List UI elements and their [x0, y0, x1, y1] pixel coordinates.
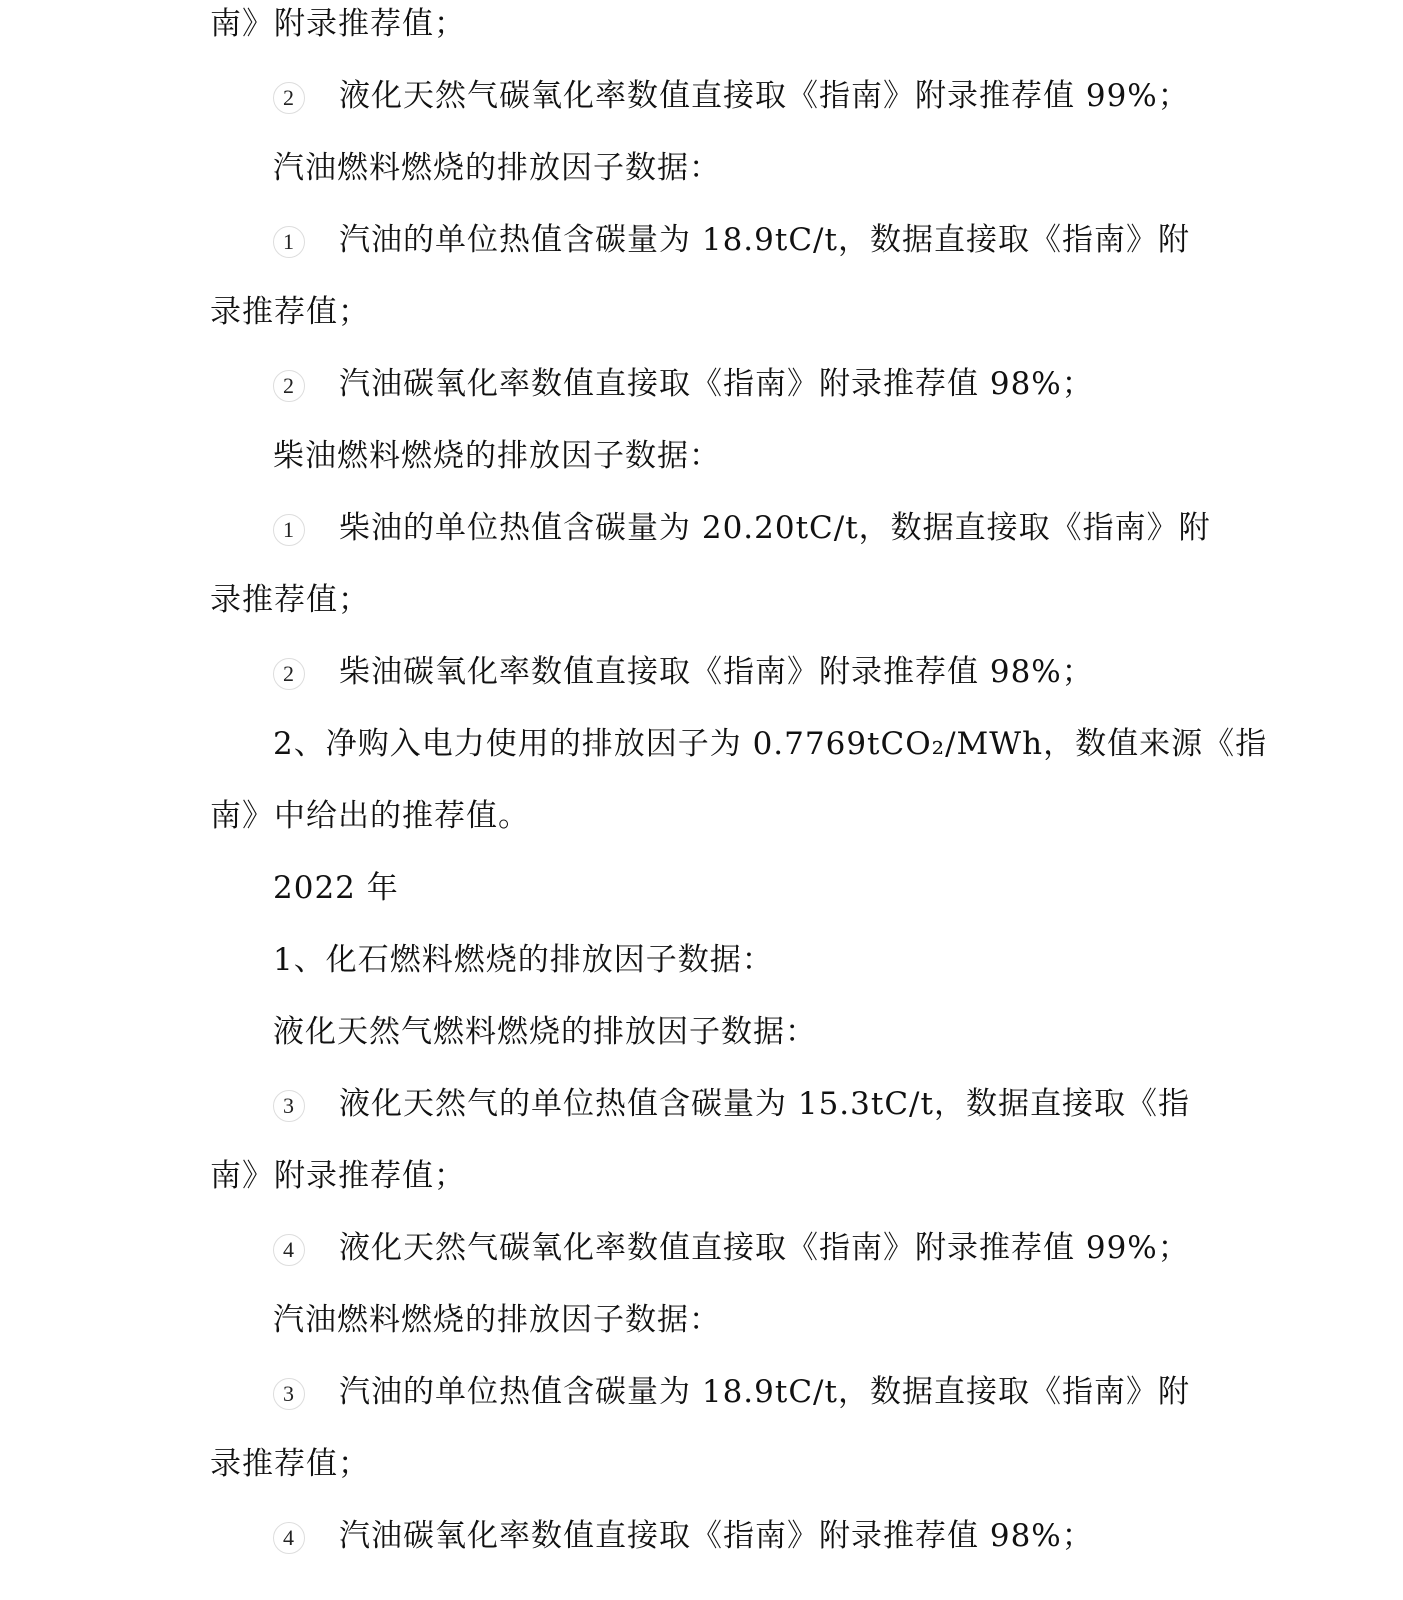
line-text: 液化天然气碳氧化率数值直接取《指南》附录推荐值 99%；: [339, 1230, 1190, 1266]
circled-number-icon: 4: [273, 1234, 305, 1266]
line-text: 南》附录推荐值；: [210, 1158, 466, 1194]
paragraph-line: 汽油燃料燃烧的排放因子数据：: [273, 148, 721, 188]
paragraph-line: 南》中给出的推荐值。: [210, 796, 530, 836]
circled-number-icon: 1: [273, 514, 305, 546]
line-text: 汽油碳氧化率数值直接取《指南》附录推荐值 98%；: [339, 366, 1094, 402]
line-text: 柴油碳氧化率数值直接取《指南》附录推荐值 98%；: [339, 654, 1094, 690]
line-text: 录推荐值；: [210, 1446, 370, 1482]
line-text: 汽油的单位热值含碳量为 18.9tC/t，数据直接取《指南》附: [339, 1374, 1190, 1410]
circled-number-icon: 3: [273, 1090, 305, 1122]
line-text: 汽油燃料燃烧的排放因子数据：: [273, 150, 721, 186]
line-text: 汽油的单位热值含碳量为 18.9tC/t，数据直接取《指南》附: [339, 222, 1190, 258]
paragraph-line: 汽油燃料燃烧的排放因子数据：: [273, 1300, 721, 1340]
paragraph-line: 1、化石燃料燃烧的排放因子数据：: [273, 940, 774, 980]
line-text: 汽油燃料燃烧的排放因子数据：: [273, 1302, 721, 1338]
paragraph-line: 录推荐值；: [210, 292, 370, 332]
paragraph-line: 2液化天然气碳氧化率数值直接取《指南》附录推荐值 99%；: [273, 76, 1190, 116]
paragraph-line: 2、净购入电力使用的排放因子为 0.7769tCO₂/MWh，数值来源《指: [273, 724, 1267, 764]
paragraph-line: 3液化天然气的单位热值含碳量为 15.3tC/t，数据直接取《指: [273, 1084, 1190, 1124]
paragraph-line: 2022 年: [273, 868, 399, 908]
line-text: 2022 年: [273, 870, 399, 906]
line-text: 汽油碳氧化率数值直接取《指南》附录推荐值 98%；: [339, 1518, 1094, 1554]
line-text: 录推荐值；: [210, 294, 370, 330]
circled-number-icon: 2: [273, 658, 305, 690]
paragraph-line: 4汽油碳氧化率数值直接取《指南》附录推荐值 98%；: [273, 1516, 1094, 1556]
line-text: 南》附录推荐值；: [210, 6, 466, 42]
paragraph-line: 2汽油碳氧化率数值直接取《指南》附录推荐值 98%；: [273, 364, 1094, 404]
paragraph-line: 1柴油的单位热值含碳量为 20.20tC/t，数据直接取《指南》附: [273, 508, 1211, 548]
paragraph-line: 3汽油的单位热值含碳量为 18.9tC/t，数据直接取《指南》附: [273, 1372, 1190, 1412]
paragraph-line: 4液化天然气碳氧化率数值直接取《指南》附录推荐值 99%；: [273, 1228, 1190, 1268]
paragraph-line: 南》附录推荐值；: [210, 4, 466, 44]
line-text: 柴油的单位热值含碳量为 20.20tC/t，数据直接取《指南》附: [339, 510, 1211, 546]
line-text: 1、化石燃料燃烧的排放因子数据：: [273, 942, 774, 978]
circled-number-icon: 4: [273, 1522, 305, 1554]
paragraph-line: 南》附录推荐值；: [210, 1156, 466, 1196]
circled-number-icon: 2: [273, 370, 305, 402]
line-text: 南》中给出的推荐值。: [210, 798, 530, 834]
circled-number-icon: 1: [273, 226, 305, 258]
line-text: 录推荐值；: [210, 582, 370, 618]
paragraph-line: 1汽油的单位热值含碳量为 18.9tC/t，数据直接取《指南》附: [273, 220, 1190, 260]
line-text: 2、净购入电力使用的排放因子为 0.7769tCO₂/MWh，数值来源《指: [273, 726, 1267, 762]
line-text: 液化天然气燃料燃烧的排放因子数据：: [273, 1014, 817, 1050]
paragraph-line: 录推荐值；: [210, 580, 370, 620]
line-text: 液化天然气碳氧化率数值直接取《指南》附录推荐值 99%；: [339, 78, 1190, 114]
circled-number-icon: 3: [273, 1378, 305, 1410]
line-text: 液化天然气的单位热值含碳量为 15.3tC/t，数据直接取《指: [339, 1086, 1190, 1122]
paragraph-line: 2柴油碳氧化率数值直接取《指南》附录推荐值 98%；: [273, 652, 1094, 692]
paragraph-line: 液化天然气燃料燃烧的排放因子数据：: [273, 1012, 817, 1052]
paragraph-line: 柴油燃料燃烧的排放因子数据：: [273, 436, 721, 476]
circled-number-icon: 2: [273, 82, 305, 114]
paragraph-line: 录推荐值；: [210, 1444, 370, 1484]
line-text: 柴油燃料燃烧的排放因子数据：: [273, 438, 721, 474]
